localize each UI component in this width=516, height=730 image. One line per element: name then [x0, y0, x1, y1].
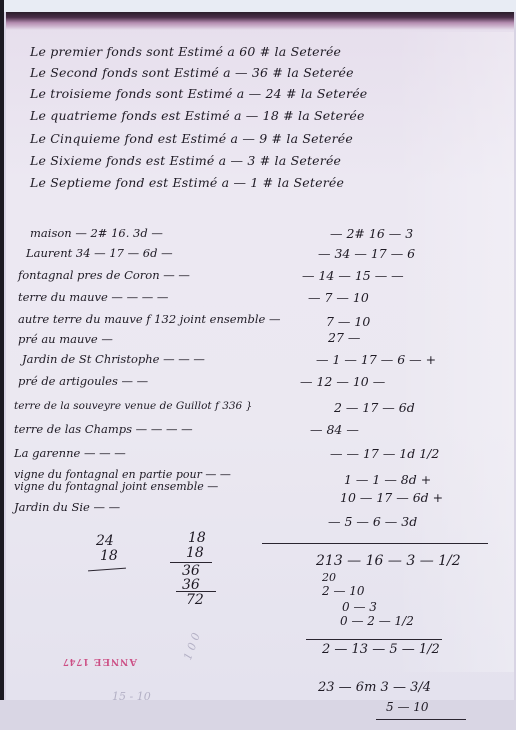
valuation-line: Le Sixieme fonds est Estimé a — 3 # la S… [30, 153, 341, 168]
bleed-through-marks: 15 - 10 [112, 690, 151, 703]
item-label: maison — 2# 16. 3d — [30, 226, 163, 240]
calc-middle-result: 72 [186, 592, 204, 608]
calc-left-a: 24 [96, 533, 114, 549]
item-label: terre du mauve — — — — [18, 290, 168, 304]
calc-right-sub1: 20 [322, 571, 336, 584]
item-amount: 1 — 1 — 8d + [344, 472, 431, 487]
calc-left-b: 18 [100, 548, 118, 564]
item-label: terre de la souveyre venue de Guillot f … [14, 400, 252, 412]
calc-right-sub3: 0 — 3 [342, 600, 377, 614]
item-label: La garenne — — — [14, 446, 126, 460]
calc-right-total: 213 — 16 — 3 — 1/2 [316, 553, 461, 569]
valuation-line: Le troisieme fonds sont Estimé a — 24 # … [30, 86, 367, 101]
item-amount: 10 — 17 — 6d + [340, 490, 443, 505]
item-amount: — 12 — 10 — [300, 374, 385, 389]
calc-right-sub2: 2 — 10 [322, 584, 365, 598]
calc-right-subtotal: 2 — 13 — 5 — 1/2 [322, 642, 440, 657]
item-amount: — — 17 — 1d 1/2 [330, 446, 439, 461]
calc-middle-b: 18 [186, 545, 204, 561]
item-label: Jardin de St Christophe — — — [22, 352, 205, 366]
item-amount: — 2# 16 — 3 [330, 226, 413, 241]
item-amount: 2 — 17 — 6d [334, 400, 415, 415]
item-label: terre de las Champs — — — — [14, 422, 193, 436]
item-amount: — 1 — 17 — 6 — + [316, 352, 436, 367]
calc-right-subtotal-rule [306, 639, 442, 640]
scanner-left-edge [0, 0, 4, 700]
item-label: Laurent 34 — 17 — 6d — [26, 246, 173, 260]
item-amount: — 7 — 10 [308, 290, 369, 305]
calc-right-total-rule [262, 543, 488, 544]
calc-right-final-rule [376, 719, 466, 720]
item-label: Jardin du Sie — — [14, 500, 120, 514]
valuation-line: Le premier fonds sont Estimé a 60 # la S… [30, 44, 341, 59]
item-amount: 27 — [328, 330, 360, 345]
calc-middle-a: 18 [188, 530, 206, 546]
scanner-bottom-margin [0, 700, 516, 730]
item-label: vigne du fontagnal joint ensemble — [14, 480, 218, 493]
calc-right-final: 23 — 6m 3 — 3/4 [318, 680, 431, 695]
valuation-line: Le Septieme fond est Estimé a — 1 # la S… [30, 175, 344, 190]
item-amount: — 14 — 15 — — [302, 268, 404, 283]
valuation-line: Le quatrieme fonds est Estimé a — 18 # l… [30, 108, 365, 123]
calc-right-sub4: 0 — 2 — 1/2 [340, 614, 414, 628]
year-stamp: ANNEE 1747 [62, 656, 137, 668]
valuation-line: Le Second fonds sont Estimé a — 36 # la … [30, 65, 354, 80]
item-label: autre terre du mauve f 132 joint ensembl… [18, 312, 280, 326]
valuation-line: Le Cinquieme fond est Estimé a — 9 # la … [30, 131, 353, 146]
item-amount: 7 — 10 [326, 314, 370, 329]
torn-top-edge [6, 12, 514, 30]
item-label: pré de artigoules — — [18, 374, 148, 388]
item-label: pré au mauve — [18, 332, 113, 346]
scanner-top-margin [0, 0, 516, 12]
item-amount: — 34 — 17 — 6 [318, 246, 415, 261]
item-amount: — 5 — 6 — 3d [328, 514, 417, 529]
item-amount: — 84 — [310, 422, 359, 437]
calc-right-final2: 5 — 10 [386, 700, 429, 714]
item-label: fontagnal pres de Coron — — [18, 268, 190, 282]
